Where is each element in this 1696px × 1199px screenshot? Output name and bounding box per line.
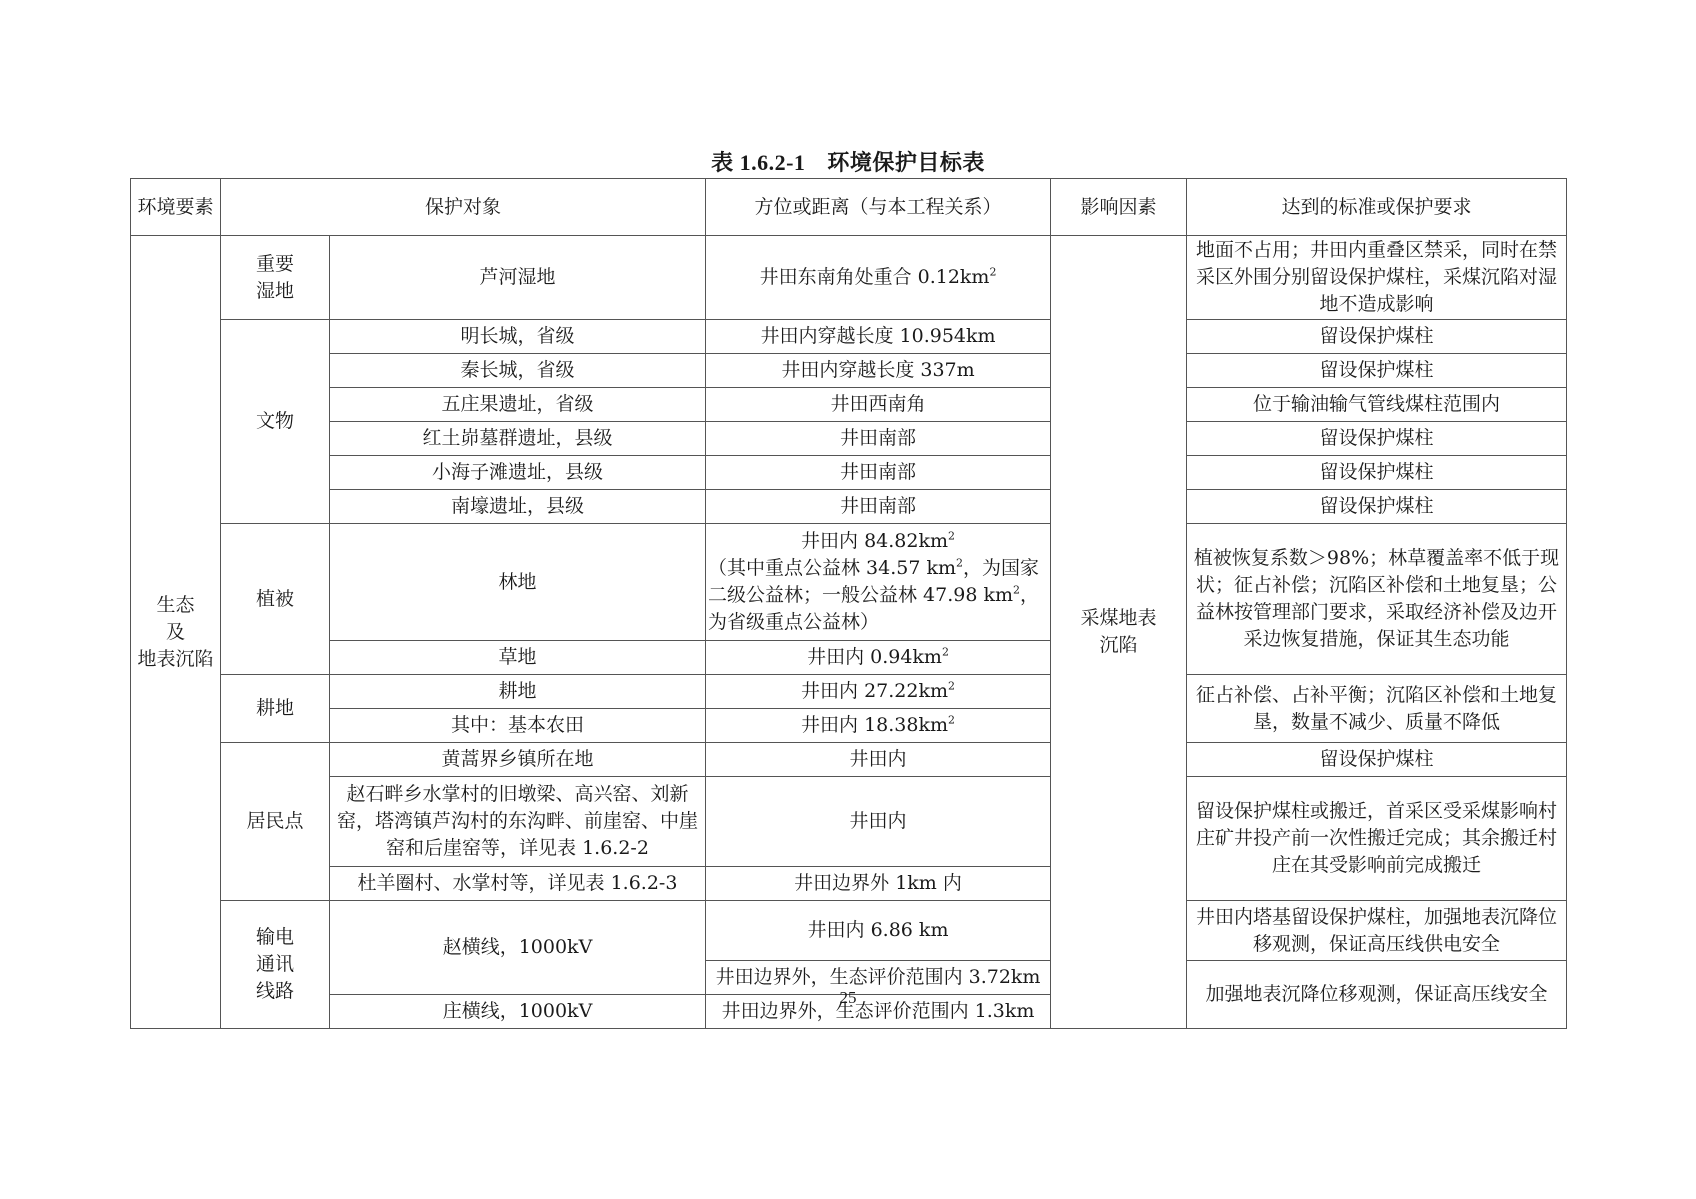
- requirement-cell: 植被恢复系数＞98%；林草覆盖率不低于现状；征占补偿；沉陷区补偿和土地复垦；公益…: [1187, 524, 1567, 675]
- location-cell: 井田内穿越长度 10.954km: [706, 320, 1051, 354]
- requirement-cell: 留设保护煤柱: [1187, 743, 1567, 777]
- table-row: 红土峁墓群遗址，县级 井田南部 留设保护煤柱: [131, 422, 1567, 456]
- category-relics: 文物: [221, 320, 330, 524]
- location-cell: 井田内: [706, 743, 1051, 777]
- requirement-cell: 留设保护煤柱: [1187, 456, 1567, 490]
- header-requirement: 达到的标准或保护要求: [1187, 179, 1567, 236]
- requirement-cell: 井田内塔基留设保护煤柱，加强地表沉降位移观测，保证高压线供电安全: [1187, 901, 1567, 961]
- object-cell: 草地: [330, 641, 706, 675]
- factor-cell: 采煤地表 沉陷: [1051, 236, 1187, 1029]
- requirement-cell: 留设保护煤柱: [1187, 490, 1567, 524]
- requirement-cell: 地面不占用；井田内重叠区禁采，同时在禁采区外围分别留设保护煤柱，采煤沉陷对湿地不…: [1187, 236, 1567, 320]
- location-cell: 井田边界外 1km 内: [706, 867, 1051, 901]
- header-element: 环境要素: [131, 179, 221, 236]
- object-cell: 其中：基本农田: [330, 709, 706, 743]
- requirement-cell: 留设保护煤柱: [1187, 320, 1567, 354]
- category-farmland: 耕地: [221, 675, 330, 743]
- location-cell: 井田内 27.22km2: [706, 675, 1051, 709]
- table-row: 文物 明长城，省级 井田内穿越长度 10.954km 留设保护煤柱: [131, 320, 1567, 354]
- table-row: 植被 林地 井田内 84.82km2 （其中重点公益林 34.57 km2，为国…: [131, 524, 1567, 641]
- object-cell: 小海子滩遗址，县级: [330, 456, 706, 490]
- location-cell: 井田内: [706, 777, 1051, 867]
- location-cell: 井田内 6.86 km: [706, 901, 1051, 961]
- requirement-cell: 位于输油输气管线煤柱范围内: [1187, 388, 1567, 422]
- table-header-row: 环境要素 保护对象 方位或距离（与本工程关系） 影响因素 达到的标准或保护要求: [131, 179, 1567, 236]
- location-cell: 井田东南角处重合 0.12km2: [706, 236, 1051, 320]
- object-cell: 林地: [330, 524, 706, 641]
- category-power-lines: 输电 通讯 线路: [221, 901, 330, 1029]
- table-row: 南壕遗址，县级 井田南部 留设保护煤柱: [131, 490, 1567, 524]
- table-row: 赵石畔乡水掌村的旧墩梁、高兴窑、刘新窑，塔湾镇芦沟村的东沟畔、前崖窑、中崖窑和后…: [131, 777, 1567, 867]
- location-cell: 井田内 0.94km2: [706, 641, 1051, 675]
- object-cell: 赵石畔乡水掌村的旧墩梁、高兴窑、刘新窑，塔湾镇芦沟村的东沟畔、前崖窑、中崖窑和后…: [330, 777, 706, 867]
- page-number: 25: [0, 988, 1696, 1008]
- table-caption: 表 1.6.2-1环境保护目标表: [0, 146, 1696, 177]
- element-cell: 生态 及 地表沉陷: [131, 236, 221, 1029]
- category-vegetation: 植被: [221, 524, 330, 675]
- object-cell: 杜羊圈村、水掌村等，详见表 1.6.2-3: [330, 867, 706, 901]
- table-row: 输电 通讯 线路 赵横线，1000kV 井田内 6.86 km 井田内塔基留设保…: [131, 901, 1567, 961]
- object-cell: 五庄果遗址，省级: [330, 388, 706, 422]
- object-cell: 芦河湿地: [330, 236, 706, 320]
- location-cell: 井田内穿越长度 337m: [706, 354, 1051, 388]
- table-number: 表 1.6.2-1: [711, 150, 805, 175]
- requirement-cell: 留设保护煤柱: [1187, 354, 1567, 388]
- location-cell: 井田南部: [706, 422, 1051, 456]
- header-location: 方位或距离（与本工程关系）: [706, 179, 1051, 236]
- requirement-cell: 留设保护煤柱或搬迁，首采区受采煤影响村庄矿井投产前一次性搬迁完成；其余搬迁村庄在…: [1187, 777, 1567, 901]
- category-wetland: 重要 湿地: [221, 236, 330, 320]
- table-row: 秦长城，省级 井田内穿越长度 337m 留设保护煤柱: [131, 354, 1567, 388]
- category-residential: 居民点: [221, 743, 330, 901]
- table-row: 小海子滩遗址，县级 井田南部 留设保护煤柱: [131, 456, 1567, 490]
- requirement-cell: 征占补偿、占补平衡；沉陷区补偿和土地复垦，数量不减少、质量不降低: [1187, 675, 1567, 743]
- header-factor: 影响因素: [1051, 179, 1187, 236]
- object-cell: 黄蒿界乡镇所在地: [330, 743, 706, 777]
- object-cell: 耕地: [330, 675, 706, 709]
- table-title: 环境保护目标表: [827, 150, 985, 175]
- location-cell: 井田西南角: [706, 388, 1051, 422]
- object-cell: 红土峁墓群遗址，县级: [330, 422, 706, 456]
- table-row: 生态 及 地表沉陷 重要 湿地 芦河湿地 井田东南角处重合 0.12km2 采煤…: [131, 236, 1567, 320]
- table-row: 五庄果遗址，省级 井田西南角 位于输油输气管线煤柱范围内: [131, 388, 1567, 422]
- object-cell: 明长城，省级: [330, 320, 706, 354]
- object-cell: 赵横线，1000kV: [330, 901, 706, 995]
- location-cell: 井田南部: [706, 456, 1051, 490]
- environment-protection-table: 环境要素 保护对象 方位或距离（与本工程关系） 影响因素 达到的标准或保护要求 …: [130, 178, 1567, 1029]
- location-cell: 井田南部: [706, 490, 1051, 524]
- location-cell: 井田内 18.38km2: [706, 709, 1051, 743]
- requirement-cell: 留设保护煤柱: [1187, 422, 1567, 456]
- object-cell: 南壕遗址，县级: [330, 490, 706, 524]
- object-cell: 秦长城，省级: [330, 354, 706, 388]
- table-row: 居民点 黄蒿界乡镇所在地 井田内 留设保护煤柱: [131, 743, 1567, 777]
- table-row: 耕地 耕地 井田内 27.22km2 征占补偿、占补平衡；沉陷区补偿和土地复垦，…: [131, 675, 1567, 709]
- location-cell: 井田内 84.82km2 （其中重点公益林 34.57 km2，为国家二级公益林…: [706, 524, 1051, 641]
- header-object: 保护对象: [221, 179, 706, 236]
